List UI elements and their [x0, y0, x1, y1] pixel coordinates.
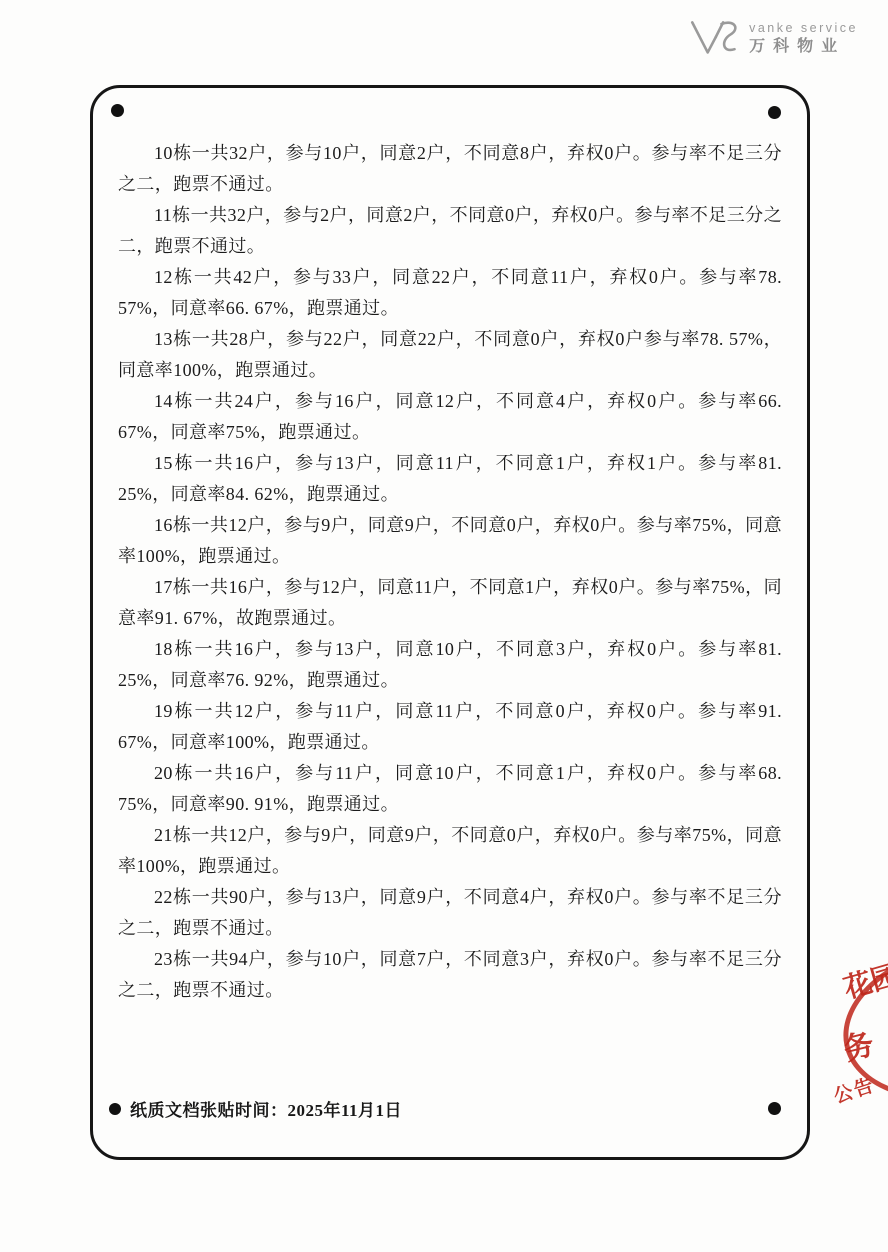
building-result-paragraph: 10栋一共32户，参与10户，同意2户，不同意8户，弃权0户。参与率不足三分之二…: [118, 138, 782, 200]
building-result-paragraph: 21栋一共12户，参与9户，同意9户，不同意0户，弃权0户。参与率75%，同意率…: [118, 820, 782, 882]
building-result-paragraph: 23栋一共94户，参与10户，同意7户，不同意3户，弃权0户。参与率不足三分之二…: [118, 944, 782, 1006]
logo-text: vanke service 万科物业: [749, 21, 858, 58]
posting-date-label: 纸质文档张贴时间：2025年11月1日: [130, 1096, 402, 1121]
building-result-paragraph: 20栋一共16户，参与11户，同意10户，不同意1户，弃权0户。参与率68. 7…: [118, 758, 782, 820]
building-result-paragraph: 17栋一共16户，参与12户，同意11户，不同意1户，弃权0户。参与率75%，同…: [118, 572, 782, 634]
logo-name-zh: 万科物业: [749, 36, 858, 58]
building-result-paragraph: 15栋一共16户，参与13户，同意11户，不同意1户，弃权1户。参与率81. 2…: [118, 448, 782, 510]
logo-name-en: vanke service: [749, 21, 858, 36]
vanke-service-logo: vanke service 万科物业: [689, 16, 858, 63]
document-body: 10栋一共32户，参与10户，同意2户，不同意8户，弃权0户。参与率不足三分之二…: [118, 138, 782, 1006]
building-result-paragraph: 19栋一共12户，参与11户，同意11户，不同意0户，弃权0户。参与率91. 6…: [118, 696, 782, 758]
vs-logo-icon: [689, 16, 741, 63]
building-result-paragraph: 16栋一共12户，参与9户，同意9户，不同意0户，弃权0户。参与率75%，同意率…: [118, 510, 782, 572]
building-result-paragraph: 13栋一共28户，参与22户，同意22户，不同意0户，弃权0户参与率78. 57…: [118, 324, 782, 386]
corner-dot-top-left: [111, 104, 124, 117]
building-result-paragraph: 12栋一共42户，参与33户，同意22户，不同意11户，弃权0户。参与率78. …: [118, 262, 782, 324]
building-result-paragraph: 11栋一共32户，参与2户，同意2户，不同意0户，弃权0户。参与率不足三分之二，…: [118, 200, 782, 262]
building-result-paragraph: 14栋一共24户，参与16户，同意12户，不同意4户，弃权0户。参与率66. 6…: [118, 386, 782, 448]
red-stamp-text: 公告: [830, 1070, 878, 1109]
document-card: 10栋一共32户，参与10户，同意2户，不同意8户，弃权0户。参与率不足三分之二…: [90, 85, 810, 1160]
footer-row: 纸质文档张贴时间：2025年11月1日: [109, 1096, 402, 1121]
scanned-document-page: vanke service 万科物业 10栋一共32户，参与10户，同意2户，不…: [0, 0, 888, 1252]
corner-dot-top-right: [768, 106, 781, 119]
corner-dot-bottom-right: [768, 1102, 781, 1115]
building-result-paragraph: 22栋一共90户，参与13户，同意9户，不同意4户，弃权0户。参与率不足三分之二…: [118, 882, 782, 944]
corner-dot-bottom-left: [109, 1103, 121, 1115]
building-result-paragraph: 18栋一共16户，参与13户，同意10户，不同意3户，弃权0户。参与率81. 2…: [118, 634, 782, 696]
